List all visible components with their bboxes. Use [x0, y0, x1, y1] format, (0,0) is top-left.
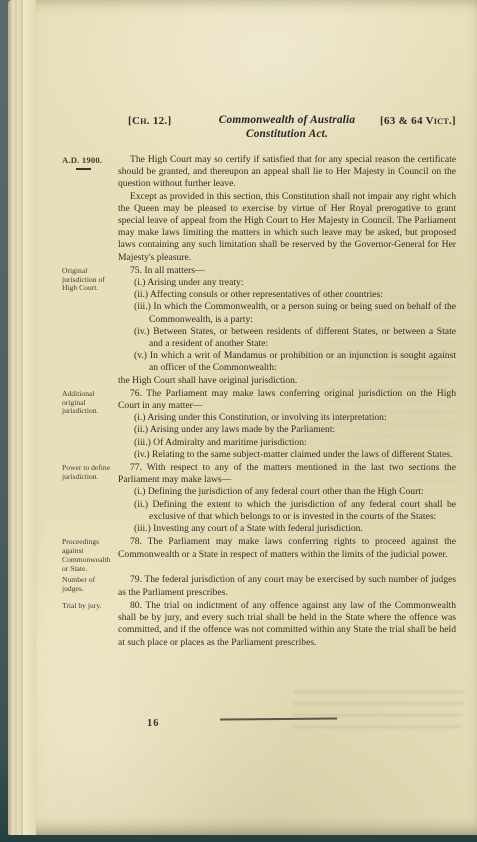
page-edge	[14, 0, 23, 835]
list-item: (ii.) Affecting consuls or other represe…	[118, 289, 456, 301]
separator-rule	[220, 717, 337, 720]
margin-note: Original jurisdiction of High Court.	[62, 265, 114, 387]
show-through-text	[292, 691, 463, 729]
chapter-number: [Ch. 12.]	[128, 115, 171, 127]
section-tail: the High Court shall have original juris…	[118, 375, 456, 387]
margin-note: Power to define jurisdiction.	[62, 462, 114, 535]
section-75: Original jurisdiction of High Court. 75.…	[62, 265, 456, 387]
list-item: (iv.) Relating to the same subject-matte…	[118, 449, 456, 461]
paragraph: The High Court may so certify if satisfi…	[118, 154, 456, 191]
section-78: Proceedings against Commonwealth or Stat…	[62, 536, 456, 573]
title-line-2: Constitution Act.	[118, 128, 456, 142]
margin-note: Proceedings against Commonwealth or Stat…	[62, 536, 114, 573]
list-item: (iv.) Between States, or between residen…	[118, 326, 456, 350]
intro-block: A.D. 1900. The High Court may so certify…	[62, 154, 456, 264]
list-item: (i.) Defining the jurisdiction of any fe…	[118, 486, 456, 498]
section-77: Power to define jurisdiction. 77. With r…	[62, 462, 456, 535]
document-body: [Ch. 12.] Commonwealth of Australia Cons…	[62, 114, 456, 650]
list-item: (ii.) Defining the extent to which the j…	[118, 499, 456, 523]
paragraph: 78. The Parliament may make laws conferr…	[118, 536, 456, 560]
section-lead: 77. With respect to any of the matters m…	[118, 462, 456, 486]
page-number: 16	[147, 718, 160, 729]
list-item: (i.) Arising under any treaty:	[118, 277, 456, 289]
paragraph: Except as provided in this section, this…	[118, 191, 456, 264]
list-item: (iii.) Investing any court of a State wi…	[118, 523, 456, 535]
page-edge	[23, 0, 36, 835]
section-lead: 76. The Parliament may make laws conferr…	[118, 388, 456, 412]
date-label: A.D. 1900.	[62, 155, 102, 165]
paragraph: 79. The federal jurisdiction of any cour…	[118, 574, 456, 598]
list-item: (i.) Arising under this Constitution, or…	[118, 412, 456, 424]
regnal-year: [63 & 64 Vict.]	[380, 115, 456, 127]
section-79: Number of judges. 79. The federal jurisd…	[62, 574, 456, 598]
section-76: Additional original jurisdiction. 76. Th…	[62, 388, 456, 461]
list-item: (v.) In which a writ of Mandamus or proh…	[118, 350, 456, 374]
list-item: (ii.) Arising under any laws made by the…	[118, 424, 456, 436]
margin-note: Number of judges.	[62, 574, 114, 598]
date-underline	[76, 168, 91, 170]
running-header: [Ch. 12.] Commonwealth of Australia Cons…	[118, 114, 456, 142]
margin-note: Trial by jury.	[62, 600, 114, 649]
margin-note-date: A.D. 1900.	[62, 154, 114, 264]
section-80: Trial by jury. 80. The trial on indictme…	[62, 600, 456, 649]
paragraph: 80. The trial on indictment of any offen…	[118, 600, 456, 649]
scanned-book-photo: [Ch. 12.] Commonwealth of Australia Cons…	[0, 0, 477, 842]
margin-note: Additional original jurisdiction.	[62, 388, 114, 461]
document-page: [Ch. 12.] Commonwealth of Australia Cons…	[8, 0, 477, 835]
section-lead: 75. In all matters—	[118, 265, 456, 277]
list-item: (iii.) Of Admiralty and maritime jurisdi…	[118, 437, 456, 449]
list-item: (iii.) In which the Commonwealth, or a p…	[118, 301, 456, 325]
